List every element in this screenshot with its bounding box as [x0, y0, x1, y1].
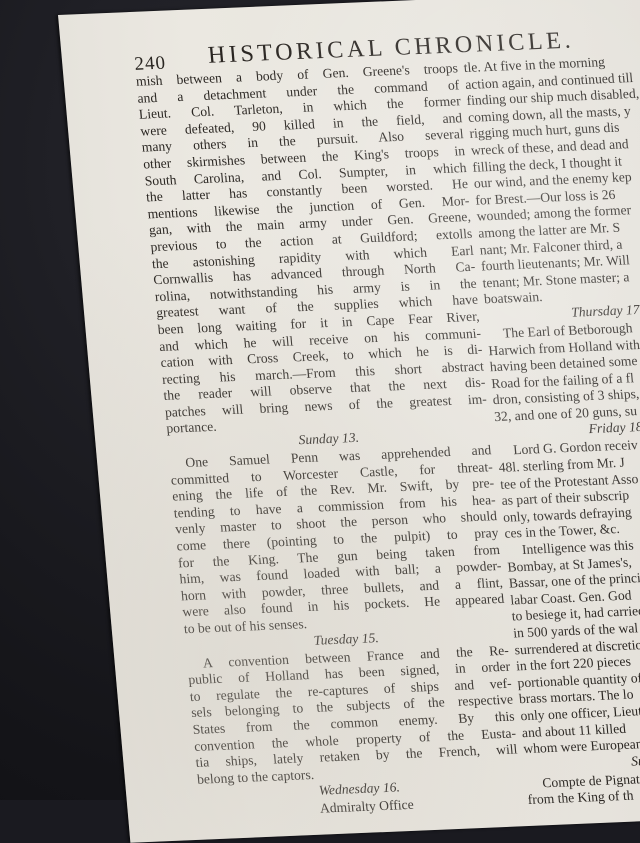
left-column: mish between a body of Gen. Greene's tro… — [135, 60, 522, 800]
newspaper-page: 240 HISTORICAL CHRONICLE. mish between a… — [58, 0, 640, 800]
article-samuel-penn: One Samuel Penn was apprehended and comm… — [169, 442, 507, 638]
article-convention: A convention between France and the Re- … — [186, 642, 519, 788]
article-bombay-intelligence: Intelligence was this Bombay, at St Jame… — [505, 533, 640, 758]
article-earl-betborough: The Earl of Betborough Harwich from Holl… — [486, 316, 640, 425]
article-lord-gordon: Lord G. Gordon receiv 48l. sterling from… — [497, 433, 640, 542]
article-continuation: mish between a body of Gen. Greene's tro… — [135, 60, 489, 438]
article-naval-action: tle. At five in the morning action again… — [463, 50, 640, 308]
